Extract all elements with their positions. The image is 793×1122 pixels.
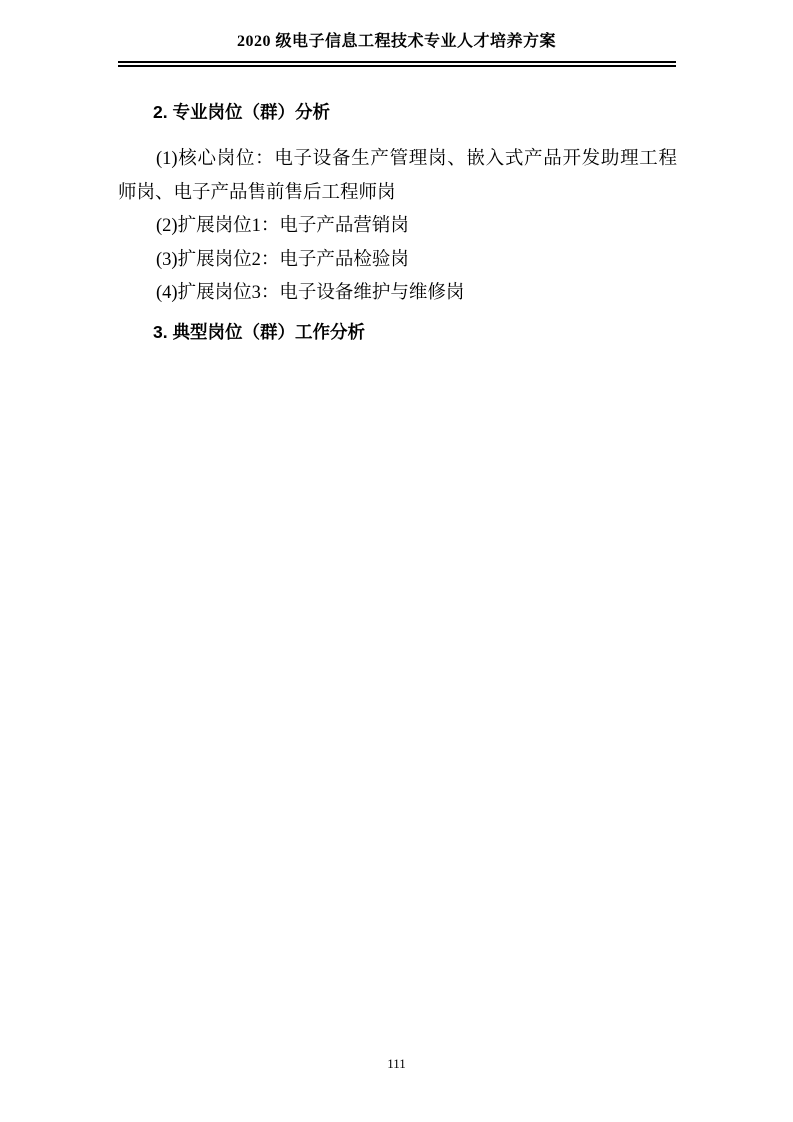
paragraph-extended-position-2: (3)扩展岗位2：电子产品检验岗	[118, 244, 677, 278]
paragraph-core-positions: (1)核心岗位：电子设备生产管理岗、嵌入式产品开发助理工程师岗、电子产品售前售后…	[118, 143, 677, 210]
header-title: 2020 级电子信息工程技术专业人才培养方案	[0, 32, 793, 52]
section-heading-typical-job-analysis: 3. 典型岗位（群）工作分析	[153, 321, 365, 343]
page-footer: 111	[0, 1056, 793, 1072]
page-number: 111	[387, 1056, 406, 1071]
paragraph-extended-position-1: (2)扩展岗位1：电子产品营销岗	[118, 210, 677, 244]
paragraph-extended-position-3: (4)扩展岗位3：电子设备维护与维修岗	[118, 277, 677, 311]
document-page: 2020 级电子信息工程技术专业人才培养方案 2. 专业岗位（群）分析 (1)核…	[0, 0, 793, 1122]
body-text-block: (1)核心岗位：电子设备生产管理岗、嵌入式产品开发助理工程师岗、电子产品售前售后…	[118, 143, 677, 311]
section-heading-job-analysis: 2. 专业岗位（群）分析	[153, 101, 330, 123]
header-double-rule	[118, 61, 676, 67]
